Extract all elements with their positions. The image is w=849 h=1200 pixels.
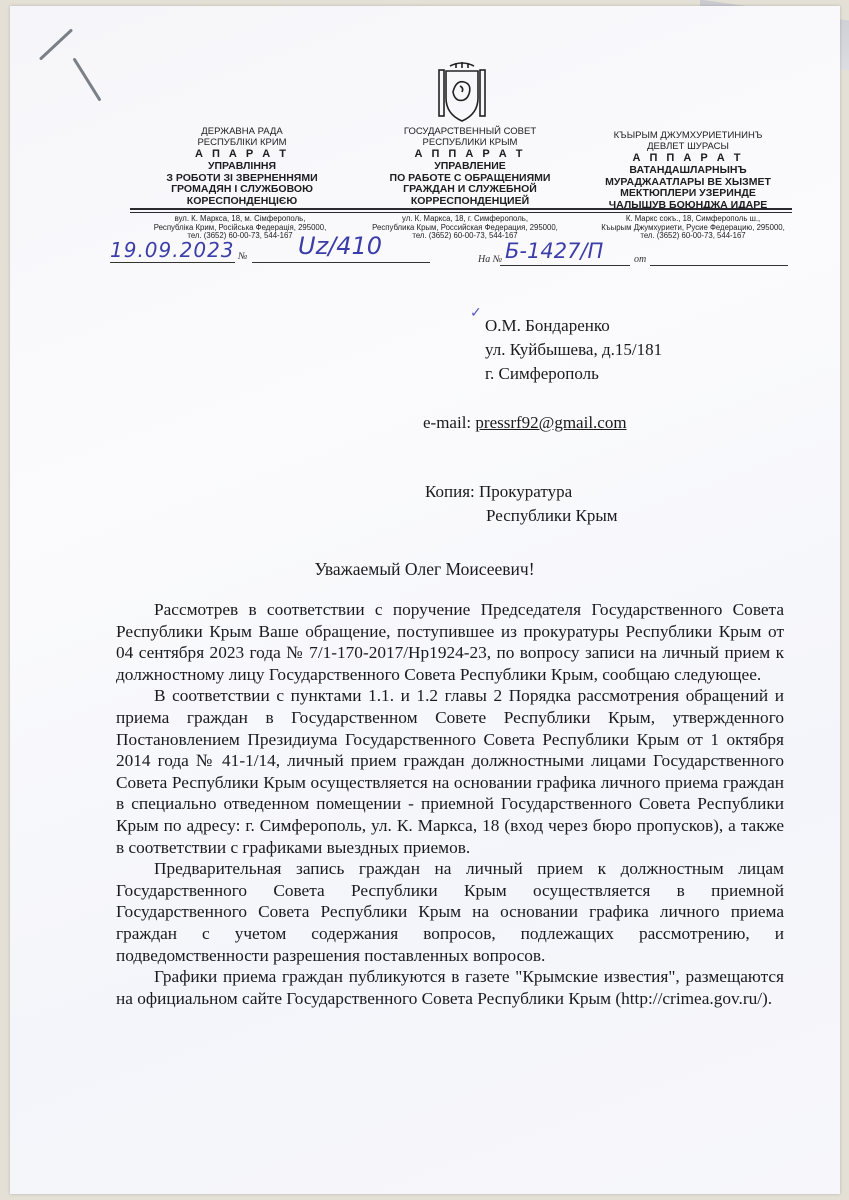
body-paragraph: В соответствии с пунктами 1.1. и 1.2 гла… bbox=[116, 685, 784, 858]
email-link[interactable]: pressrf92@gmail.com bbox=[475, 413, 626, 432]
apparat-label: А П А Р А Т bbox=[117, 149, 367, 160]
body-paragraph: Графики приема граждан публикуются в газ… bbox=[116, 966, 784, 1009]
number-label: № bbox=[238, 251, 247, 262]
address-crimean-tatar: К. Маркс сокъ., 18, Симферополь ш., Къыр… bbox=[578, 215, 808, 241]
handwritten-reply-number: Б-1427/П bbox=[505, 239, 603, 263]
reply-number-underline bbox=[500, 265, 630, 266]
dept-line: КОРЕСПОНДЕНЦІЄЮ bbox=[117, 196, 367, 208]
dept-line: КОРРЕСПОНДЕНЦИЕЙ bbox=[345, 196, 595, 208]
recipient-street: ул. Куйбышева, д.15/181 bbox=[485, 338, 662, 362]
letterhead-crimean-tatar: КЪЫРЫМ ДЖУМХУРИЕТИНИНЪ ДЕВЛЕТ ШУРАСЫ А П… bbox=[563, 130, 813, 211]
address-line: тел. (3652) 60-00-73, 544-167 bbox=[578, 232, 808, 241]
crimea-coat-of-arms-icon bbox=[436, 62, 488, 124]
letterhead-ukrainian: ДЕРЖАВНА РАДА РЕСПУБЛІКИ КРИМ А П А Р А … bbox=[117, 126, 367, 207]
salutation: Уважаемый Олег Моисеевич! bbox=[0, 559, 849, 580]
recipient-block: О.М. Бондаренко ул. Куйбышева, д.15/181 … bbox=[485, 314, 662, 386]
org-line: РЕСПУБЛИКИ КРЫМ bbox=[345, 137, 595, 148]
email-label: e-mail: bbox=[423, 413, 471, 432]
org-line: РЕСПУБЛІКИ КРИМ bbox=[117, 137, 367, 148]
handwritten-date: 19.09.2023 bbox=[110, 238, 235, 262]
from-date-underline bbox=[650, 265, 788, 266]
copy-to-block: Копия: Прокуратура Республики Крым bbox=[425, 480, 618, 528]
letterhead-divider bbox=[130, 208, 792, 210]
reply-to-label: На № bbox=[478, 254, 502, 265]
handwritten-outgoing-number: Uz/410 bbox=[298, 232, 382, 260]
org-line: ГОСУДАРСТВЕННЫЙ СОВЕТ bbox=[345, 126, 595, 137]
copy-label: Копия: bbox=[425, 482, 475, 501]
dept-line: ГРАЖДАН И СЛУЖЕБНОЙ bbox=[345, 184, 595, 196]
apparat-label: А П П А Р А Т bbox=[563, 153, 813, 164]
checkmark-icon: ✓ bbox=[470, 305, 482, 322]
recipient-email-line: e-mail: pressrf92@gmail.com bbox=[423, 411, 627, 435]
body-paragraph: Рассмотрев в соответствии с поручение Пр… bbox=[116, 599, 784, 685]
apparat-label: А П П А Р А Т bbox=[345, 149, 595, 160]
number-underline bbox=[252, 262, 430, 263]
dept-line: ГРОМАДЯН І СЛУЖБОВОЮ bbox=[117, 184, 367, 196]
letterhead-divider bbox=[130, 212, 792, 213]
date-underline bbox=[110, 262, 235, 263]
recipient-city: г. Симферополь bbox=[485, 362, 662, 386]
address-russian: ул. К. Маркса, 18, г. Симферополь, Респу… bbox=[350, 215, 580, 241]
body-paragraph: Предварительная запись граждан на личный… bbox=[116, 858, 784, 966]
letterhead-russian: ГОСУДАРСТВЕННЫЙ СОВЕТ РЕСПУБЛИКИ КРЫМ А … bbox=[345, 126, 595, 207]
dept-line: УПРАВЛЕНИЕ bbox=[345, 161, 595, 173]
recipient-name: О.М. Бондаренко bbox=[485, 314, 662, 338]
copy-recipient-line: Прокуратура bbox=[479, 482, 572, 501]
from-label: от bbox=[634, 254, 646, 265]
dept-line: ВАТАНДАШЛАРНЫНЪ bbox=[563, 165, 813, 177]
dept-line: МЕКТЮПЛЕРИ УЗЕРИНДЕ bbox=[563, 188, 813, 200]
org-line: ДЕВЛЕТ ШУРАСЫ bbox=[563, 141, 813, 152]
org-line: ДЕРЖАВНА РАДА bbox=[117, 126, 367, 137]
copy-recipient-line: Республики Крым bbox=[425, 504, 618, 528]
dept-line: УПРАВЛІННЯ bbox=[117, 161, 367, 173]
org-line: КЪЫРЫМ ДЖУМХУРИЕТИНИНЪ bbox=[563, 130, 813, 141]
letter-body: Рассмотрев в соответствии с поручение Пр… bbox=[116, 599, 784, 1009]
